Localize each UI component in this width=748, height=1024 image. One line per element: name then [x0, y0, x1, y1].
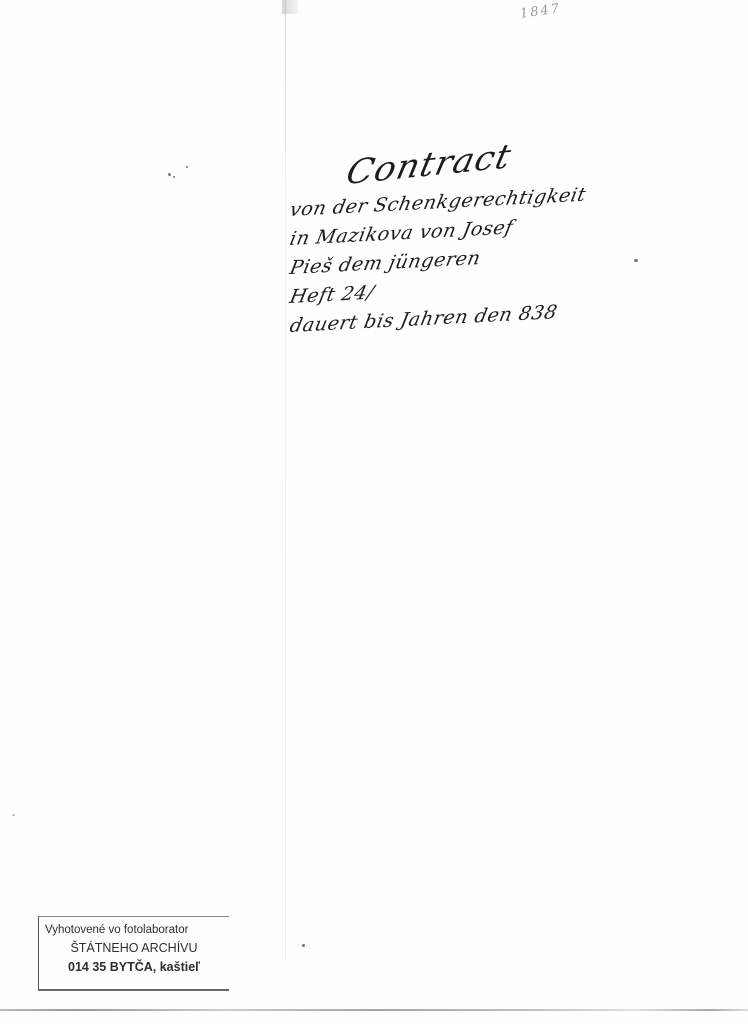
ink-speck	[634, 259, 638, 262]
ink-speck	[186, 166, 188, 168]
ink-speck	[12, 814, 15, 816]
ink-speck	[168, 173, 171, 176]
handwritten-title-block: Contract von der Schenkgerechtigkeit in …	[290, 150, 610, 341]
stamp-line-2: ŠTÁTNEHO ARCHÍVU	[39, 941, 229, 955]
ink-speck	[173, 176, 175, 178]
stamp-line-3: 014 35 BYTČA, kaštieľ	[39, 960, 229, 974]
vertical-fold-line	[285, 0, 286, 960]
scan-bottom-edge	[0, 1009, 748, 1011]
scanned-document-page: 1847 Contract von der Schenkgerechtigkei…	[0, 0, 748, 1024]
stamp-line-1: Vyhotovené vo fotolaborator	[39, 924, 229, 936]
archive-stamp: Vyhotovené vo fotolaborator ŠTÁTNEHO ARC…	[38, 916, 229, 991]
folio-number: 1847	[519, 1, 562, 22]
ink-speck	[302, 944, 305, 947]
